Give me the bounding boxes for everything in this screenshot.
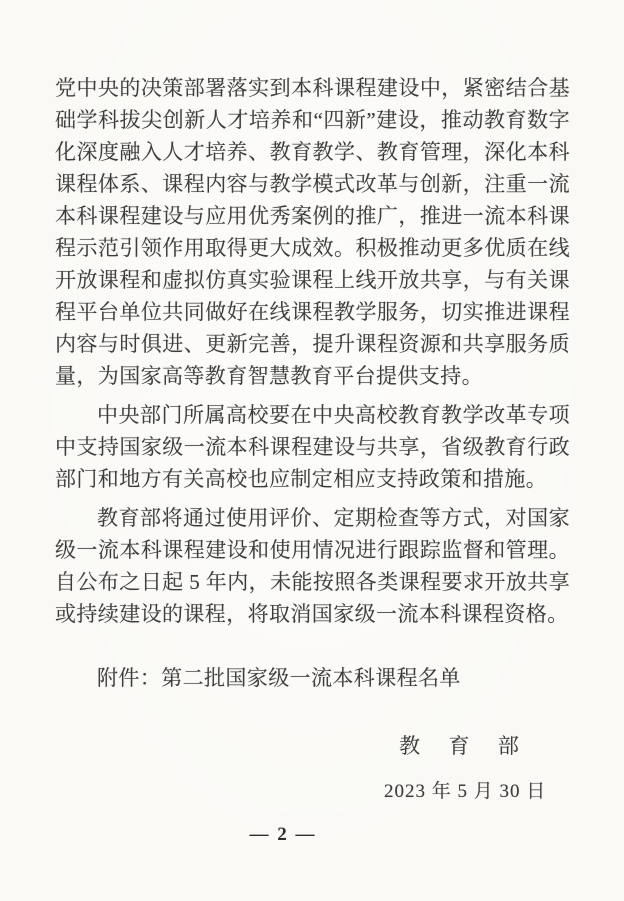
paragraph-supervision: 教育部将通过使用评价、定期检查等方式，对国家级一流本科课程建设和使用情况进行跟踪…	[55, 502, 570, 630]
page-number: — 2 —	[0, 824, 595, 846]
paragraph-continuation: 党中央的决策部署落实到本科课程建设中，紧密结合基础学科拔尖创新人才培养和“四新”…	[55, 72, 570, 392]
issue-date: 2023 年 5 月 30 日	[384, 776, 534, 803]
signature-block: 教 育 部 2023 年 5 月 30 日	[384, 730, 534, 803]
document-page: 党中央的决策部署落实到本科课程建设中，紧密结合基础学科拔尖创新人才培养和“四新”…	[0, 0, 624, 901]
attachment-line: 附件：第二批国家级一流本科课程名单	[55, 662, 570, 694]
paragraph-central-universities: 中央部门所属高校要在中央高校教育教学改革专项中支持国家级一流本科课程建设与共享，…	[55, 399, 570, 495]
document-body: 党中央的决策部署落实到本科课程建设中，紧密结合基础学科拔尖创新人才培养和“四新”…	[55, 72, 570, 694]
issuer-name: 教 育 部	[384, 730, 546, 760]
